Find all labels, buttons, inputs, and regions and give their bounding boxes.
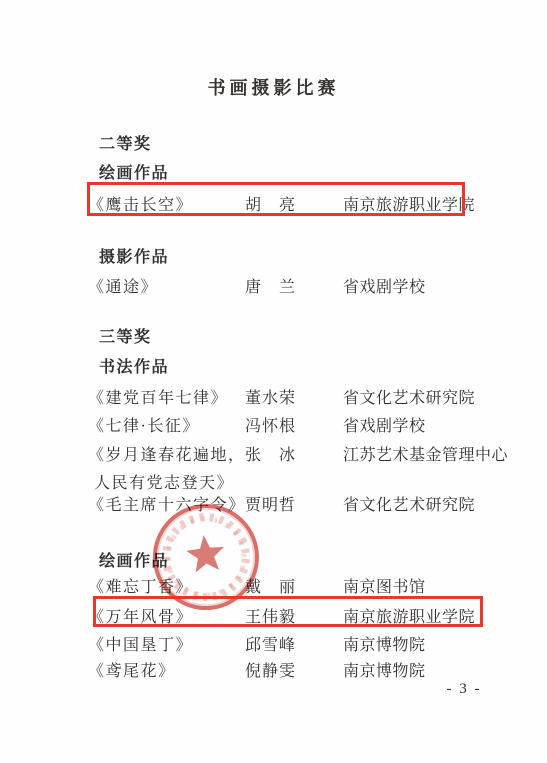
award-entry-row: 《鸢尾花》 倪静雯 南京博物院 xyxy=(0,658,547,678)
organization-name: 南京博物院 xyxy=(343,658,426,681)
award-entry-row: 《岁月逢春花遍地， 张 冰 江苏艺术基金管理中心 xyxy=(0,442,547,462)
author-name: 唐 兰 xyxy=(245,274,296,297)
category-header-painting-1: 绘画作品 xyxy=(99,160,169,183)
award-entry-row: 《中国垦丁》 邱雪峰 南京博物院 xyxy=(0,632,547,652)
work-title: 《七律·长征》 xyxy=(88,413,200,436)
author-name: 胡 亮 xyxy=(245,192,296,215)
author-name: 张 冰 xyxy=(245,442,296,465)
award-entry-row: 《万年风骨》 王伟毅 南京旅游职业学院 xyxy=(0,604,547,624)
official-seal xyxy=(144,495,268,619)
organization-name: 南京旅游职业学院 xyxy=(343,192,475,215)
author-name: 冯怀根 xyxy=(245,413,296,436)
category-header-calligraphy: 书法作品 xyxy=(99,354,169,377)
author-name: 董水荣 xyxy=(245,385,296,408)
award-entry-row: 《通途》 唐 兰 省戏剧学校 xyxy=(0,274,547,294)
award-header-third-prize: 三等奖 xyxy=(99,324,152,347)
work-title: 《通途》 xyxy=(88,274,158,297)
organization-name: 省戏剧学校 xyxy=(343,274,426,297)
work-title: 《鸢尾花》 xyxy=(88,658,176,681)
award-entry-row: 《毛主席十六字令》 贾明哲 省文化艺术研究院 xyxy=(0,492,547,512)
organization-name: 南京博物院 xyxy=(343,632,426,655)
award-entry-row: 《鹰击长空》 胡 亮 南京旅游职业学院 xyxy=(0,192,547,212)
author-name: 邱雪峰 xyxy=(245,632,296,655)
organization-name: 省戏剧学校 xyxy=(343,413,426,436)
competition-title: 书画摄影比赛 xyxy=(0,74,547,100)
award-entry-row: 《难忘丁香》 戴 丽 南京图书馆 xyxy=(0,574,547,594)
award-entry-row: 《建党百年七律》 董水荣 省文化艺术研究院 xyxy=(0,385,547,405)
award-entry-row: 《七律·长征》 冯怀根 省戏剧学校 xyxy=(0,413,547,433)
organization-name: 南京旅游职业学院 xyxy=(343,604,475,627)
author-name: 倪静雯 xyxy=(245,658,296,681)
star-icon xyxy=(185,533,227,573)
organization-name: 南京图书馆 xyxy=(343,574,426,597)
organization-name: 江苏艺术基金管理中心 xyxy=(343,442,508,465)
organization-name: 省文化艺术研究院 xyxy=(343,492,475,515)
work-title: 《鹰击长空》 xyxy=(88,192,193,215)
work-title: 《中国垦丁》 xyxy=(88,632,193,655)
organization-name: 省文化艺术研究院 xyxy=(343,385,475,408)
award-header-second-prize: 二等奖 xyxy=(99,131,152,154)
page-number: - 3 - xyxy=(428,681,500,698)
category-header-photography: 摄影作品 xyxy=(99,244,169,267)
work-title: 《建党百年七律》 xyxy=(88,385,228,408)
document-page: 书画摄影比赛 二等奖 绘画作品 《鹰击长空》 胡 亮 南京旅游职业学院 摄影作品… xyxy=(0,0,547,763)
work-title-continuation: 人民有党志登天》 xyxy=(94,470,234,493)
work-title: 《岁月逢春花遍地， xyxy=(88,442,246,465)
